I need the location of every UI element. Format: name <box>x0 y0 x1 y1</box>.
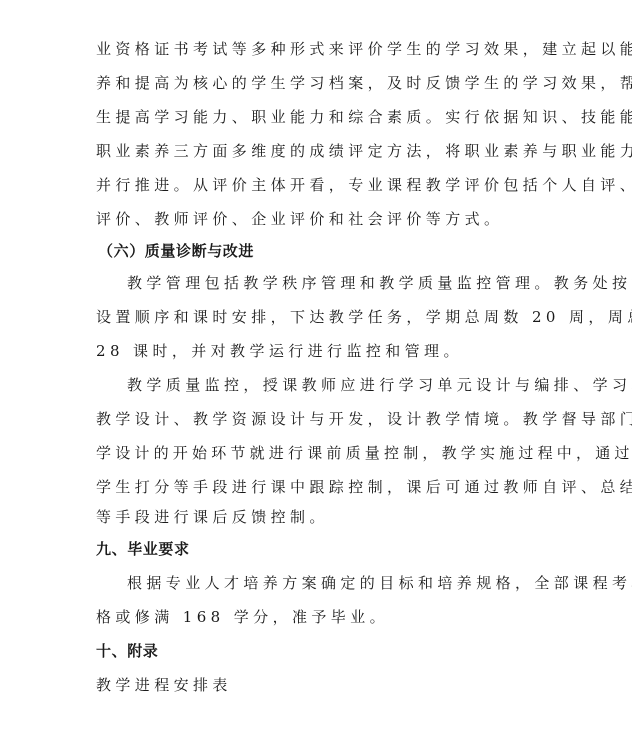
document-page: 业资格证书考试等多种形式来评价学生的学习效果，建立起以能力培 养和提高为核心的学… <box>0 0 632 746</box>
paragraph-line: 28 课时，并对教学运行进行监控和管理。 <box>96 341 546 361</box>
paragraph-line: 格或修满 168 学分，准予毕业。 <box>96 607 546 627</box>
paragraph-line: 根据专业人才培养方案确定的目标和培养规格，全部课程考核合 <box>127 573 577 593</box>
paragraph-line: 设置顺序和课时安排，下达教学任务，学期总周数 20 周，周总课时 <box>96 307 546 327</box>
paragraph-line: 教学管理包括教学秩序管理和教学质量监控管理。教务处按课程 <box>127 273 577 293</box>
paragraph-line: 养和提高为核心的学生学习档案，及时反馈学生的学习效果，帮助学 <box>96 73 546 93</box>
paragraph-line: 学生打分等手段进行课中跟踪控制，课后可通过教师自评、总结座谈 <box>96 477 546 497</box>
section-heading: 九、毕业要求 <box>96 539 546 559</box>
paragraph-line: 生提高学习能力、职业能力和综合素质。实行依据知识、技能能力和 <box>96 107 546 127</box>
paragraph-line: 并行推进。从评价主体开看，专业课程教学评价包括个人自评、组内 <box>96 175 546 195</box>
paragraph-line: 评价、教师评价、企业评价和社会评价等方式。 <box>96 209 546 229</box>
section-subheading: （六）质量诊断与改进 <box>98 241 548 261</box>
paragraph-line: 等手段进行课后反馈控制。 <box>96 507 546 527</box>
paragraph-line: 业资格证书考试等多种形式来评价学生的学习效果，建立起以能力培 <box>96 39 546 59</box>
paragraph-line: 教学质量监控，授课教师应进行学习单元设计与编排、学习单元 <box>127 375 577 395</box>
paragraph-line: 学设计的开始环节就进行课前质量控制，教学实施过程中，通过听课、 <box>96 443 546 463</box>
paragraph-line: 教学设计、教学资源设计与开发，设计教学情境。教学督导部门从教 <box>96 409 546 429</box>
section-heading: 十、附录 <box>96 641 546 661</box>
paragraph-line: 职业素养三方面多维度的成绩评定方法，将职业素养与职业能力培养 <box>96 141 546 161</box>
paragraph-line: 教学进程安排表 <box>96 675 546 695</box>
